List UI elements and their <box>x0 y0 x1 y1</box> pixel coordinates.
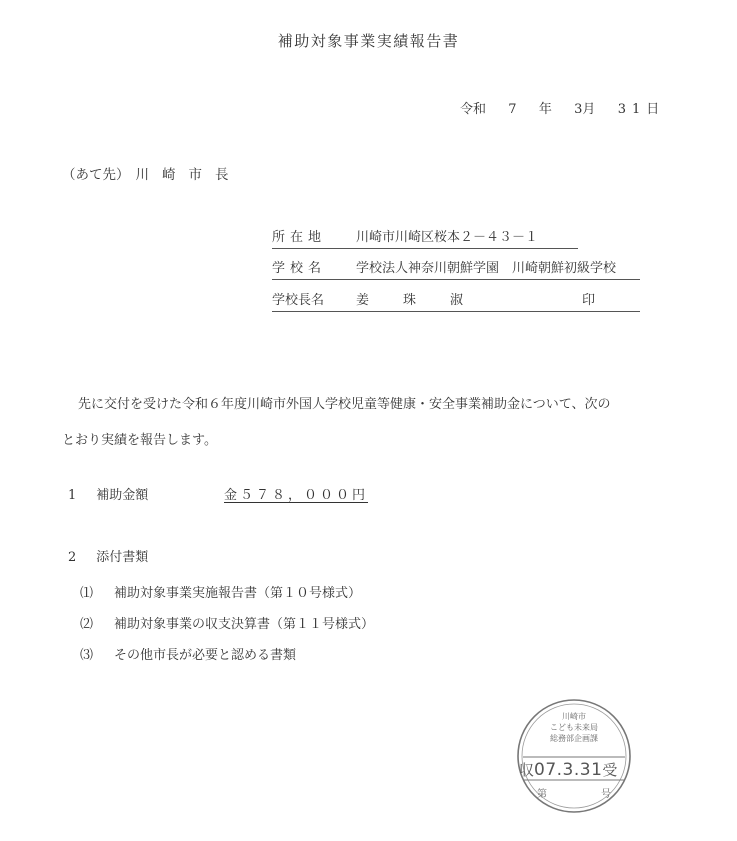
stamp-bottom-left: 第 <box>537 785 547 800</box>
date-year: 7 <box>508 102 516 117</box>
principal-label: 学校長名 <box>272 289 356 308</box>
seal-mark: 印 <box>582 289 595 308</box>
school-name-field: 学校名学校法人神奈川朝鮮学園 川崎朝鮮初級学校 <box>272 257 640 280</box>
item-label: 添付書類 <box>96 550 148 565</box>
document-title: 補助対象事業実績報告書 <box>0 30 737 51</box>
school-name-value: 学校法人神奈川朝鮮学園 川崎朝鮮初級学校 <box>356 261 616 276</box>
school-name-label: 学校名 <box>272 257 356 276</box>
attachment-number: ⑵ <box>80 613 114 632</box>
item-number: 1 <box>68 488 76 503</box>
location-label: 所在地 <box>272 226 356 245</box>
date-year-unit: 年 <box>539 98 552 117</box>
date-day: 31日 <box>618 98 666 117</box>
body-line-2: とおり実績を報告します。 <box>62 433 217 448</box>
principal-value: 姜珠淑 <box>356 293 497 308</box>
attachment-number: ⑶ <box>80 644 114 663</box>
addressee: （あて先）川崎市長 <box>62 163 242 183</box>
location-value: 川崎市川崎区桜本２－４３－１ <box>356 230 538 245</box>
attachment-text: その他市長が必要と認める書類 <box>114 648 296 663</box>
stamp-bureau: こども未来局 <box>515 722 633 733</box>
body-paragraph: 先に交付を受けた令和６年度川崎市外国人学校児童等健康・安全事業補助金について、次… <box>62 387 662 459</box>
item-number: 2 <box>68 550 76 565</box>
item-attachments: 2添付書類 <box>68 546 148 565</box>
stamp-left-char: 収 <box>519 761 534 779</box>
stamp-department: 総務部企画課 <box>515 733 633 744</box>
subsidy-amount-value: 金５７８，０００円 <box>224 484 368 503</box>
report-date: 令和 7 年 3月 31日 <box>460 98 665 117</box>
stamp-date: 07.3.31 <box>534 760 602 780</box>
addressee-prefix: （あて先） <box>62 167 130 183</box>
item-subsidy-amount: 1補助金額 金５７８，０００円 <box>68 484 148 503</box>
date-era: 令和 <box>460 98 486 117</box>
principal-field: 学校長名姜珠淑 印 <box>272 289 640 312</box>
stamp-city: 川崎市 <box>515 711 633 722</box>
addressee-name: 川崎市長 <box>136 167 242 183</box>
body-line-1: 先に交付を受けた令和６年度川崎市外国人学校児童等健康・安全事業補助金について、次… <box>78 397 610 412</box>
attachment-text: 補助対象事業の収支決算書（第１１号様式） <box>114 617 374 632</box>
attachment-item: ⑶その他市長が必要と認める書類 <box>80 644 296 663</box>
location-field: 所在地川崎市川崎区桜本２－４３－１ <box>272 226 578 249</box>
attachment-text: 補助対象事業実施報告書（第１０号様式） <box>114 586 361 601</box>
stamp-bottom-right: 号 <box>601 785 611 800</box>
attachment-item: ⑵補助対象事業の収支決算書（第１１号様式） <box>80 613 374 632</box>
stamp-right-char: 受 <box>602 761 617 779</box>
received-stamp: 川崎市 こども未来局 総務部企画課 収07.3.31受 第 号 <box>515 697 633 815</box>
item-label: 補助金額 <box>96 488 148 503</box>
attachment-item: ⑴補助対象事業実施報告書（第１０号様式） <box>80 582 361 601</box>
attachment-number: ⑴ <box>80 582 114 601</box>
date-month: 3月 <box>574 98 595 117</box>
